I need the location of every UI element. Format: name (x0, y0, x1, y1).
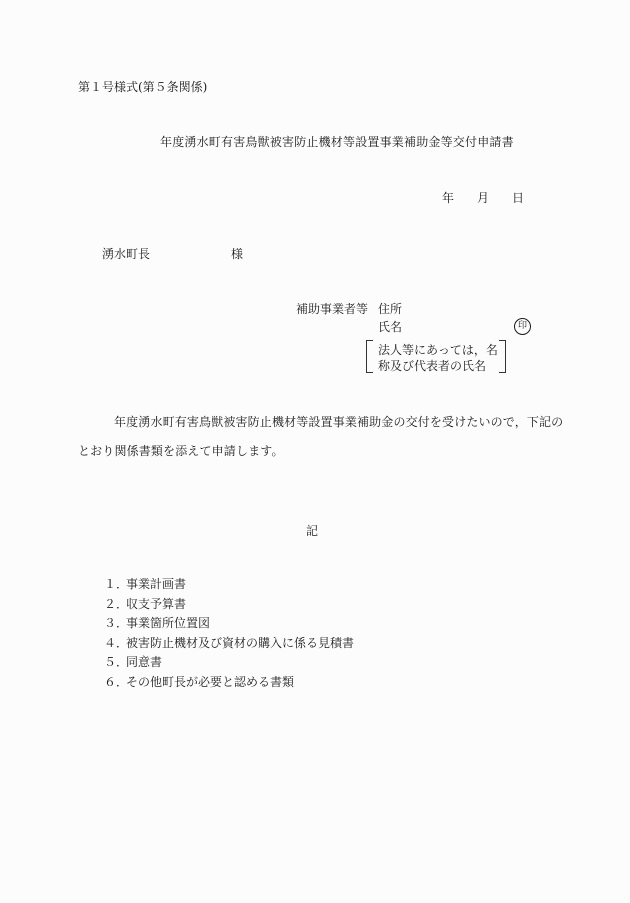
date-day-label: 日 (512, 192, 524, 204)
list-item: ３． 事業箇所位置図 (104, 617, 354, 637)
list-item-text: 同意書 (126, 656, 162, 676)
applicant-label: 補助事業者等 (296, 303, 368, 315)
corporate-note-line-2: 称及び代表者の氏名 (378, 360, 486, 372)
address-label: 住所 (378, 303, 402, 315)
name-label: 氏名 (378, 321, 402, 333)
ki-heading: 記 (306, 525, 318, 537)
list-item-text: 事業箇所位置図 (126, 617, 210, 637)
list-item-number: ４． (104, 637, 126, 657)
attachment-list: １． 事業計画書 ２． 収支予算書 ３． 事業箇所位置図 ４． 被害防止機材及び… (104, 578, 354, 696)
list-item-text: 収支予算書 (126, 598, 186, 618)
list-item: ６． その他町長が必要と認める書類 (104, 676, 354, 696)
list-item-number: １． (104, 578, 126, 598)
list-item-number: ２． (104, 598, 126, 618)
body-line-1: 年度湧水町有害鳥獣被害防止機材等設置事業補助金の交付を受けたいので，下記の (114, 416, 563, 428)
list-item-number: ３． (104, 617, 126, 637)
bracket-left (366, 340, 373, 373)
document-title: 年度湧水町有害鳥獣被害防止機材等設置事業補助金等交付申請書 (160, 136, 514, 148)
list-item-number: ６． (104, 676, 126, 696)
list-item-number: ５． (104, 656, 126, 676)
list-item: １． 事業計画書 (104, 578, 354, 598)
list-item: ２． 収支予算書 (104, 598, 354, 618)
bracket-right (499, 340, 506, 373)
list-item: ５． 同意書 (104, 656, 354, 676)
list-item: ４． 被害防止機材及び資材の購入に係る見積書 (104, 637, 354, 657)
body-line-2: とおり関係書類を添えて申請します。 (78, 445, 284, 457)
addressee-name: 湧水町長 (102, 248, 150, 260)
date-year-label: 年 (442, 192, 454, 204)
list-item-text: その他町長が必要と認める書類 (126, 676, 294, 696)
list-item-text: 被害防止機材及び資材の購入に係る見積書 (126, 637, 354, 657)
date-month-label: 月 (477, 192, 489, 204)
addressee-honorific: 様 (231, 248, 243, 260)
form-number: 第１号様式(第５条関係) (78, 81, 207, 93)
corporate-note-line-1: 法人等にあっては，名 (378, 344, 498, 356)
seal-icon: 印 (514, 318, 531, 335)
corporate-note-box: 法人等にあっては，名 称及び代表者の氏名 (366, 340, 506, 373)
list-item-text: 事業計画書 (126, 578, 186, 598)
